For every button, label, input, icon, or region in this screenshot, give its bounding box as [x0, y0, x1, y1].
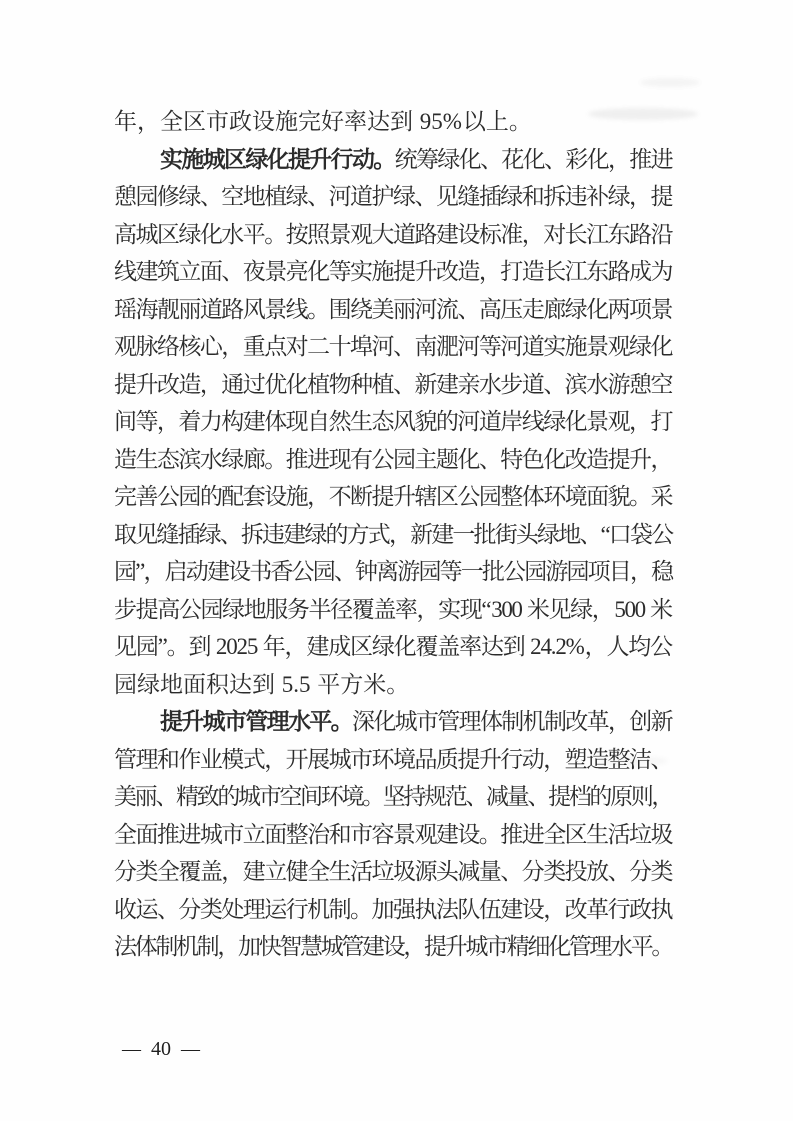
- text-line-content: 步提高公园绿地服务半径覆盖率，实现“300 米见绿，500 米: [114, 591, 672, 629]
- text-line: 收运、分类处理运行机制。加强执法队伍建设，改革行政执: [114, 891, 672, 929]
- text-line-content: 见园”。到 2025 年，建成区绿化覆盖率达到 24.2%，人均公: [114, 628, 672, 666]
- page-footer: — 40 —: [122, 1038, 200, 1061]
- text-line-content: 全面推进城市立面整治和市容景观建设。推进全区生活垃圾: [114, 816, 672, 854]
- text-line-content: 间等，着力构建体现自然生态风貌的河道岸线绿化景观，打: [114, 403, 672, 441]
- text-line-content: 实施城区绿化提升行动。统筹绿化、花化、彩化，推进: [160, 141, 672, 179]
- text-line-content: 憩园修绿、空地植绿、河道护绿、见缝插绿和拆违补绿，提: [114, 178, 672, 216]
- document-page: 年，全区市政设施完好率达到 95%以上。实施城区绿化提升行动。统筹绿化、花化、彩…: [0, 0, 793, 1121]
- text-line-content: 观脉络核心，重点对二十埠河、南淝河等河道实施景观绿化: [114, 328, 672, 366]
- text-line-content: 园”，启动建设书香公园、钟离游园等一批公园游园项目，稳: [114, 553, 672, 591]
- text-line: 瑶海靓丽道路风景线。围绕美丽河流、高压走廊绿化两项景: [114, 291, 672, 329]
- page-number: 40: [150, 1038, 172, 1061]
- text-line: 管理和作业模式，开展城市环境品质提升行动，塑造整洁、: [114, 741, 672, 779]
- text-line-content: 高城区绿化水平。按照景观大道路建设标准，对长江东路沿: [114, 216, 672, 254]
- footer-dash-left: —: [122, 1039, 141, 1061]
- paragraph-heading: 实施城区绿化提升行动。: [160, 147, 395, 172]
- text-line: 高城区绿化水平。按照景观大道路建设标准，对长江东路沿: [114, 216, 672, 254]
- text-line: 分类全覆盖，建立健全生活垃圾源头减量、分类投放、分类: [114, 853, 672, 891]
- text-line: 造生态滨水绿廊。推进现有公园主题化、特色化改造提升，: [114, 441, 672, 479]
- scan-artifact: [640, 78, 700, 87]
- text-line: 年，全区市政设施完好率达到 95%以上。: [114, 103, 672, 141]
- text-line: 观脉络核心，重点对二十埠河、南淝河等河道实施景观绿化: [114, 328, 672, 366]
- footer-dash-right: —: [181, 1039, 200, 1061]
- paragraph-heading: 提升城市管理水平。: [160, 709, 352, 734]
- text-line: 见园”。到 2025 年，建成区绿化覆盖率达到 24.2%，人均公: [114, 628, 672, 666]
- text-line-content: 提升城市管理水平。深化城市管理体制机制改革，创新: [160, 703, 672, 741]
- text-line-content: 造生态滨水绿廊。推进现有公园主题化、特色化改造提升，: [114, 441, 672, 479]
- text-line-content: 线建筑立面、夜景亮化等实施提升改造，打造长江东路成为: [114, 253, 672, 291]
- text-line-content: 美丽、精致的城市空间环境。坚持规范、减量、提档的原则，: [114, 778, 672, 816]
- text-line-content: 园绿地面积达到 5.5 平方米。: [114, 666, 409, 704]
- text-line: 间等，着力构建体现自然生态风貌的河道岸线绿化景观，打: [114, 403, 672, 441]
- text-line: 线建筑立面、夜景亮化等实施提升改造，打造长江东路成为: [114, 253, 672, 291]
- text-line-content: 法体制机制，加快智慧城管建设，提升城市精细化管理水平。: [114, 928, 672, 966]
- text-line: 实施城区绿化提升行动。统筹绿化、花化、彩化，推进: [114, 141, 672, 179]
- text-line-content: 完善公园的配套设施，不断提升辖区公园整体环境面貌。采: [114, 478, 672, 516]
- text-line-content: 瑶海靓丽道路风景线。围绕美丽河流、高压走廊绿化两项景: [114, 291, 672, 329]
- text-line-content: 年，全区市政设施完好率达到 95%以上。: [114, 103, 532, 141]
- text-line-content: 收运、分类处理运行机制。加强执法队伍建设，改革行政执: [114, 891, 672, 929]
- text-line: 步提高公园绿地服务半径覆盖率，实现“300 米见绿，500 米: [114, 591, 672, 629]
- text-line: 提升改造，通过优化植物种植、新建亲水步道、滨水游憩空: [114, 366, 672, 404]
- text-line: 法体制机制，加快智慧城管建设，提升城市精细化管理水平。: [114, 928, 672, 966]
- text-line-content: 提升改造，通过优化植物种植、新建亲水步道、滨水游憩空: [114, 366, 672, 404]
- text-line: 园”，启动建设书香公园、钟离游园等一批公园游园项目，稳: [114, 553, 672, 591]
- text-line: 园绿地面积达到 5.5 平方米。: [114, 666, 672, 704]
- text-line: 全面推进城市立面整治和市容景观建设。推进全区生活垃圾: [114, 816, 672, 854]
- text-line: 憩园修绿、空地植绿、河道护绿、见缝插绿和拆违补绿，提: [114, 178, 672, 216]
- text-line: 美丽、精致的城市空间环境。坚持规范、减量、提档的原则，: [114, 778, 672, 816]
- text-line-content: 分类全覆盖，建立健全生活垃圾源头减量、分类投放、分类: [114, 853, 672, 891]
- text-line: 提升城市管理水平。深化城市管理体制机制改革，创新: [114, 703, 672, 741]
- text-line-content: 取见缝插绿、拆违建绿的方式，新建一批街头绿地、“口袋公: [114, 516, 672, 554]
- text-line: 完善公园的配套设施，不断提升辖区公园整体环境面貌。采: [114, 478, 672, 516]
- document-body: 年，全区市政设施完好率达到 95%以上。实施城区绿化提升行动。统筹绿化、花化、彩…: [114, 103, 672, 966]
- text-line: 取见缝插绿、拆违建绿的方式，新建一批街头绿地、“口袋公: [114, 516, 672, 554]
- text-lines: 年，全区市政设施完好率达到 95%以上。实施城区绿化提升行动。统筹绿化、花化、彩…: [114, 103, 672, 966]
- text-line-content: 管理和作业模式，开展城市环境品质提升行动，塑造整洁、: [114, 741, 672, 779]
